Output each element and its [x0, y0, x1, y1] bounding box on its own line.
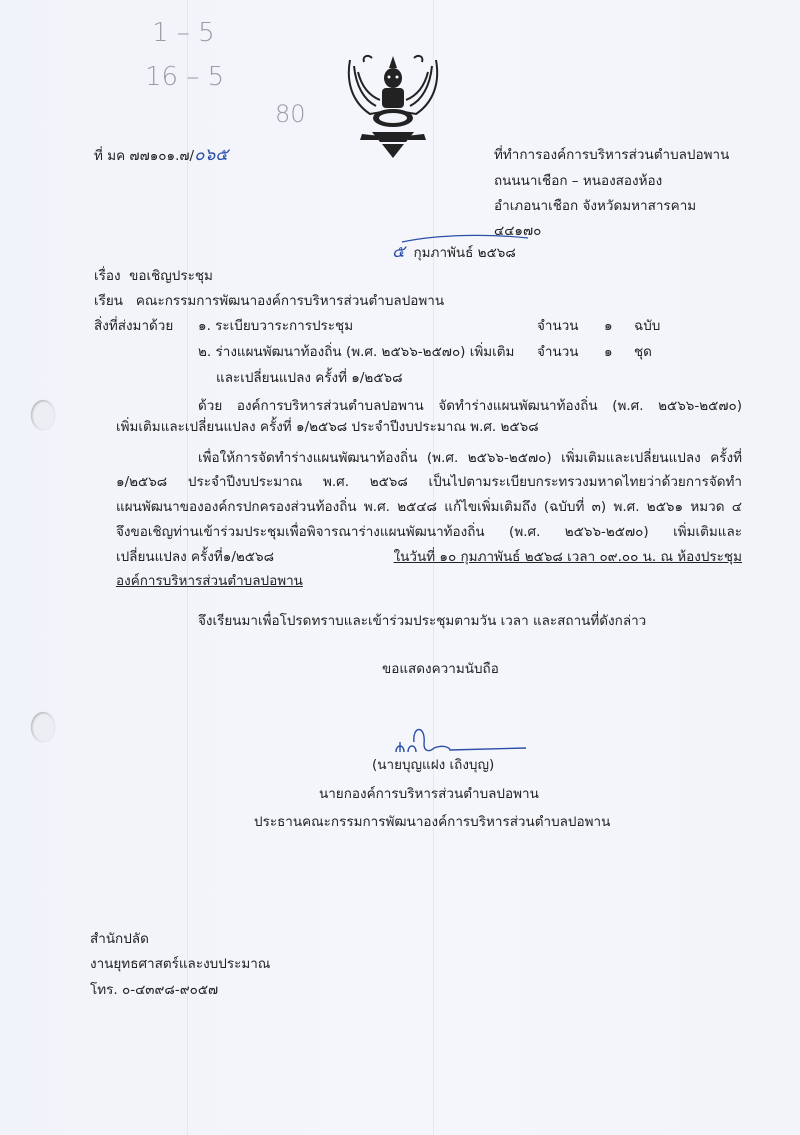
office-address-line: ถนนนาเชือก – หนองสองห้อง: [494, 172, 662, 190]
meeting-venue: องค์การบริหารส่วนตำบลปอพาน: [116, 572, 303, 590]
signatory-name: (นายบุญแฝง เถิงบุญ): [372, 756, 494, 774]
footer-department: สำนักปลัด: [90, 930, 149, 948]
office-address-line: อำเภอนาเชือก จังหวัดมหาสารคาม: [494, 197, 696, 215]
body-paragraph-2-line: เพื่อให้การจัดทำร่างแผนพัฒนาท้องถิ่น (พ.…: [198, 446, 742, 470]
enclosure-item: ๒. ร่างแผนพัฒนาท้องถิ่น (พ.ศ. ๒๕๖๖-๒๕๗๐)…: [198, 343, 514, 361]
enclosure-qty-label: จำนวน: [537, 317, 579, 335]
footer-section: งานยุทธศาสตร์และงบประมาณ: [90, 955, 270, 973]
enclosure-qty-label: จำนวน: [537, 343, 579, 361]
pencil-note: 16 – 5: [145, 62, 224, 92]
enclosure-unit: ชุด: [634, 343, 652, 361]
pencil-note: 80: [275, 100, 306, 128]
signatory-position: ประธานคณะกรรมการพัฒนาองค์การบริหารส่วนตำ…: [254, 813, 610, 831]
fold-line: [433, 0, 434, 1135]
pen-stroke: [400, 232, 530, 246]
enclosure-item: ๑. ระเบียบวาระการประชุม: [198, 317, 353, 335]
subject-line: เรื่อง ขอเชิญประชุม: [94, 267, 213, 285]
meeting-date-time-place: ในวันที่ ๑๐ กุมภาพันธ์ ๒๕๖๘ เวลา ๐๙.๐๐ น…: [394, 548, 742, 566]
handwritten-number: ๐๖๕: [194, 145, 228, 165]
salutation: ขอแสดงความนับถือ: [382, 660, 499, 678]
office-address-line: ที่ทำการองค์การบริหารส่วนตำบลปอพาน: [494, 146, 729, 164]
meeting-details-line: เปลี่ยนแปลง ครั้งที่๑/๒๕๖๘ ในวันที่ ๑๐ ก…: [116, 548, 742, 566]
body-paragraph-2-line: แผนพัฒนาขององค์กรปกครองส่วนท้องถิ่น พ.ศ.…: [116, 495, 742, 519]
hole-punch: [31, 712, 55, 742]
enclosures-label: สิ่งที่ส่งมาด้วย: [94, 317, 173, 335]
enclosure-unit: ฉบับ: [634, 317, 660, 335]
body-paragraph-1-line: เพิ่มเติมและเปลี่ยนแปลง ครั้งที่ ๑/๒๕๖๘ …: [116, 418, 539, 436]
enclosure-qty: ๑: [604, 343, 613, 361]
body-paragraph-2-line: ๑/๒๕๖๘ ประจำปีงบประมาณ พ.ศ. ๒๕๖๘ เป็นไปต…: [116, 470, 742, 494]
pencil-note: 1 – 5: [152, 18, 215, 48]
body-paragraph-2-line: จึงขอเชิญท่านเข้าร่วมประชุมเพื่อพิจารณาร…: [116, 520, 742, 544]
signatory-position: นายกองค์การบริหารส่วนตำบลปอพาน: [319, 785, 539, 803]
garuda-emblem-icon: [342, 52, 444, 160]
footer-phone: โทร. ๐-๔๓๙๘-๙๐๕๗: [90, 981, 218, 999]
recipient-line: เรียน คณะกรรมการพัฒนาองค์การบริหารส่วนตำ…: [94, 292, 444, 310]
enclosure-qty: ๑: [604, 317, 613, 335]
document-number: ที่ มค ๗๗๑๐๑.๗/๐๖๕: [94, 146, 228, 165]
hole-punch: [31, 400, 55, 430]
enclosure-continuation: และเปลี่ยนแปลง ครั้งที่ ๑/๒๕๖๘: [216, 369, 403, 387]
document-page: 1 – 5 16 – 5 80 ที่ มค ๗๗๑๐๑.๗/๐๖๕: [0, 0, 800, 1135]
body-paragraph-1-line: ด้วย องค์การบริหารส่วนตำบลปอพาน จัดทำร่า…: [198, 394, 742, 418]
closing-paragraph: จึงเรียนมาเพื่อโปรดทราบและเข้าร่วมประชุม…: [198, 612, 646, 630]
